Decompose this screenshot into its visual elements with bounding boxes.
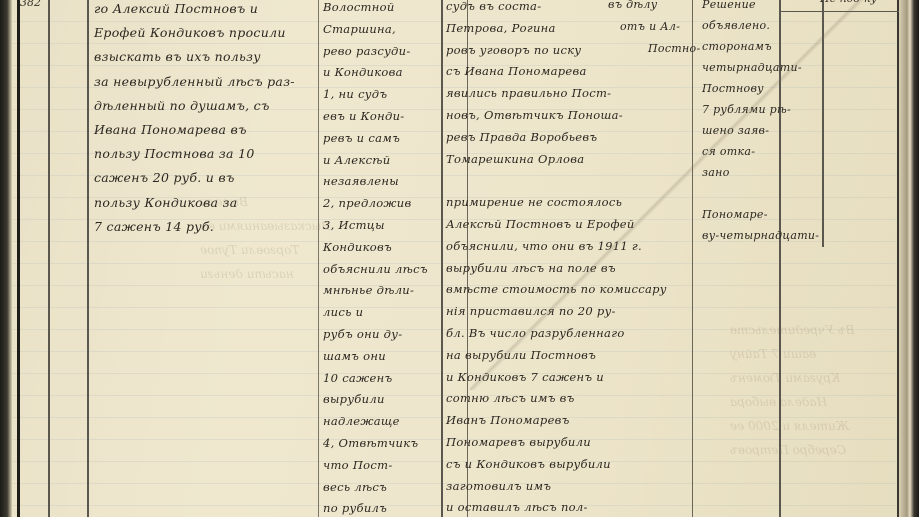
text-line: рево разсуди-: [323, 41, 428, 63]
column-decision: Решение объявлено. сторонамъ четырнадцат…: [702, 0, 819, 246]
ledger-page: Не под-ку 382 Вывели Высказываниями въ Т…: [0, 0, 919, 517]
text-line: мнѣнье дѣли-: [323, 280, 428, 302]
text-line: объяснили, что они въ 1911 г.: [446, 236, 667, 258]
text-line: 7 рублями рѣ-: [702, 99, 819, 120]
text-line: съ Ивана Пономарева: [446, 61, 667, 83]
text-line: Томарешкина Орлова: [446, 149, 667, 171]
text-line: по рубилъ: [323, 498, 428, 517]
text-line: го Алексий Постновъ и: [94, 0, 295, 21]
book-spine-edge: [0, 0, 12, 517]
text-line: Кондиковъ: [323, 237, 428, 259]
text-line: 3, Истцы: [323, 215, 428, 237]
text-line: дѣленный по душамъ, съ: [94, 94, 295, 118]
text-line: 10 саженъ: [323, 368, 428, 390]
text-line: заготовилъ имъ: [446, 476, 667, 498]
text-line: новъ, Отвѣтчикъ Поноша-: [446, 105, 667, 127]
text-line: шено заяв-: [702, 120, 819, 141]
column-rule: [48, 0, 50, 517]
text-line: взыскать въ ихъ пользу: [94, 45, 295, 69]
column-rule: [318, 0, 319, 517]
column-rule: [692, 0, 693, 517]
header-fragment: Не под-ку: [820, 0, 877, 5]
text-line: Ерофей Кондиковъ просили: [94, 21, 295, 45]
text-line: Постнову: [702, 78, 819, 99]
column-rule: [87, 0, 89, 517]
text-line: и Кондиковъ 7 саженъ и: [446, 367, 667, 389]
text-line: съ и Кондиковъ вырубили: [446, 454, 667, 476]
column-court-record: судъ въ соста- Петрова, Рогина ровъ угов…: [446, 0, 667, 517]
text-line: ревъ и самъ: [323, 128, 428, 150]
text-line: объявлено.: [702, 15, 819, 36]
text-line: Алексѣй Постновъ и Ерофей: [446, 214, 667, 236]
text-line: рубъ они ду-: [323, 324, 428, 346]
text-line: пользу Постнова за 10: [94, 142, 295, 166]
column-proceedings: Волостной Старшина, рево разсуди- и Конд…: [323, 0, 428, 517]
text-line: примирение не состоялось: [446, 192, 667, 214]
text-line: нія приставился по 20 ру-: [446, 301, 667, 323]
text-line: ревъ Правда Воробьевъ: [446, 127, 667, 149]
text-line: 2, предложив: [323, 193, 428, 215]
text-line: 1, ни судъ: [323, 84, 428, 106]
column-rule: [822, 0, 824, 247]
text-line: четырнадцати-: [702, 57, 819, 78]
text-line: вмѣсте стоимость по комиссару: [446, 279, 667, 301]
column-rule: [441, 0, 443, 517]
text-line: пользу Кондикова за: [94, 191, 295, 215]
text-line: за невырубленный лѣсъ раз-: [94, 70, 295, 94]
text-line: явились правильно Пост-: [446, 83, 667, 105]
fold-overlap-fragment: Постно-: [648, 38, 701, 59]
text-line: шамъ они: [323, 346, 428, 368]
text-line: ся отка-: [702, 141, 819, 162]
fold-overlap-fragment: въ дѣлу: [608, 0, 657, 15]
text-line: незаявлены: [323, 171, 428, 193]
text-line: весь лѣсъ: [323, 477, 428, 499]
text-line: Старшина,: [323, 19, 428, 41]
text-line: Ивана Пономарева въ: [94, 118, 295, 142]
text-line: и Алексѣй: [323, 150, 428, 172]
text-line: сторонамъ: [702, 36, 819, 57]
text-line: бл. Въ число разрубленнаго: [446, 323, 667, 345]
text-line: сотню лѣсъ имъ въ: [446, 388, 667, 410]
text-line: [446, 170, 667, 192]
text-line: и оставилъ лѣсъ пол-: [446, 497, 667, 517]
text-line: саженъ 20 руб. и въ: [94, 166, 295, 190]
page-stack-edge: [899, 0, 919, 517]
text-line: и Кондикова: [323, 62, 428, 84]
column-rule: [17, 0, 20, 517]
text-line: зано: [702, 162, 819, 183]
text-line: лись и: [323, 302, 428, 324]
text-line: Решение: [702, 0, 819, 15]
fold-overlap-fragment: отъ и Ал-: [620, 16, 680, 37]
text-line: Пономаре-: [702, 204, 819, 225]
text-line: Пономаревъ вырубили: [446, 432, 667, 454]
text-line: надлежаще: [323, 411, 428, 433]
text-line: объяснили лѣсъ: [323, 259, 428, 281]
text-line: на вырубили Постновъ: [446, 345, 667, 367]
text-line: [702, 183, 819, 204]
text-line: вырубили: [323, 389, 428, 411]
column-claim-text: го Алексий Постновъ и Ерофей Кондиковъ п…: [94, 0, 295, 239]
text-line: что Пост-: [323, 455, 428, 477]
text-line: 7 саженъ 14 руб.: [94, 215, 295, 239]
text-line: Иванъ Пономаревъ: [446, 410, 667, 432]
text-line: ву-четырнадцати-: [702, 225, 819, 246]
page-number: 382: [20, 0, 41, 9]
text-line: евъ и Конди-: [323, 106, 428, 128]
text-line: ровъ уговоръ по иску: [446, 40, 667, 62]
text-line: Волостной: [323, 0, 428, 19]
text-line: вырубили лѣсъ на поле въ: [446, 258, 667, 280]
text-line: 4, Отвѣтчикъ: [323, 433, 428, 455]
